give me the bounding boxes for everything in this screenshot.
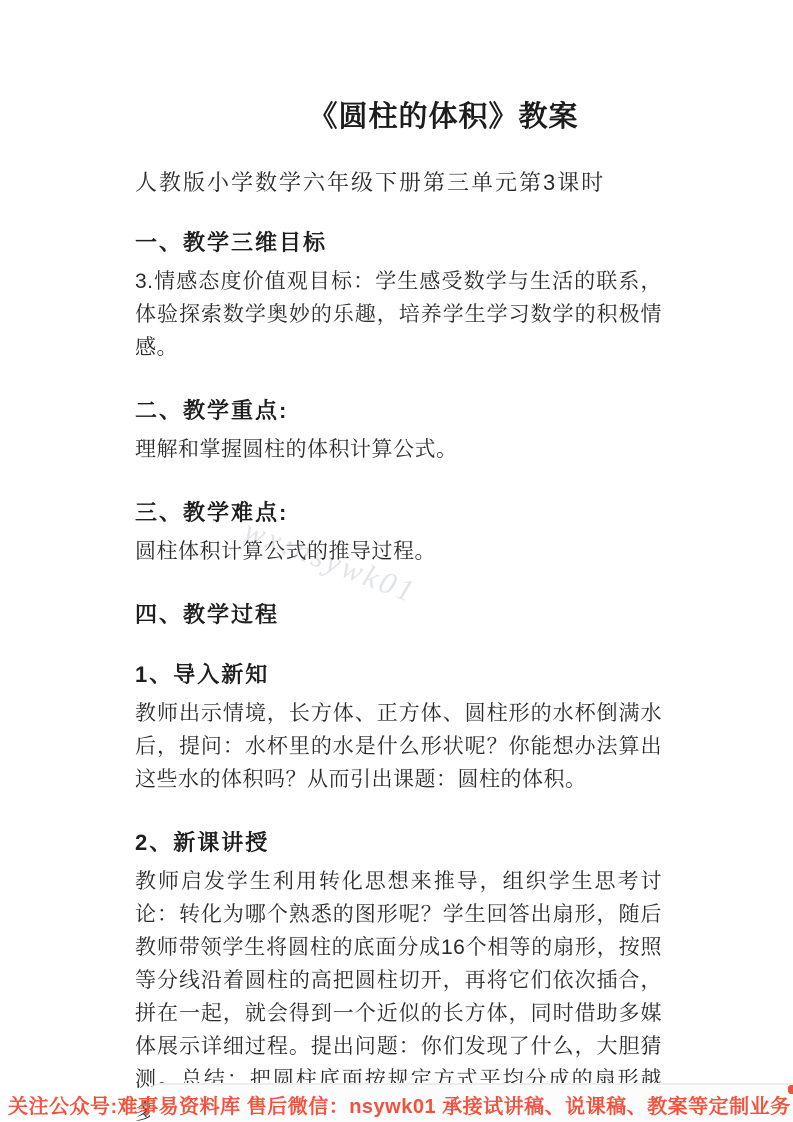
section-heading-objectives: 一、教学三维目标 (135, 230, 662, 256)
section-heading-intro: 1、导入新知 (135, 662, 662, 688)
page-title: 《圆柱的体积》教案 (135, 100, 662, 134)
section-body-intro: 教师出示情境，长方体、正方体、圆柱形的水杯倒满水后，提问：水杯里的水是什么形状呢… (135, 697, 662, 796)
section-key-points: 二、教学重点: 理解和掌握圆柱的体积计算公式。 (135, 398, 662, 466)
section-body-key-points: 理解和掌握圆柱的体积计算公式。 (135, 433, 662, 466)
section-heading-key-points: 二、教学重点: (135, 398, 662, 424)
section-body-objectives: 3.情感态度价值观目标：学生感受数学与生活的联系，体验探索数学奥妙的乐趣，培养学… (135, 265, 662, 364)
section-body-difficult-points: 圆柱体积计算公式的推导过程。 (135, 535, 662, 568)
section-objectives: 一、教学三维目标 3.情感态度价值观目标：学生感受数学与生活的联系，体验探索数学… (135, 230, 662, 364)
section-heading-new-lesson: 2、新课讲授 (135, 830, 662, 856)
section-process: 四、教学过程 (135, 602, 662, 628)
section-difficult-points: 三、教学难点: 圆柱体积计算公式的推导过程。 (135, 500, 662, 568)
section-heading-difficult-points: 三、教学难点: (135, 500, 662, 526)
footer-edge-artifact (788, 1085, 793, 1094)
section-intro-new-knowledge: 1、导入新知 教师出示情境，长方体、正方体、圆柱形的水杯倒满水后，提问：水杯里的… (135, 662, 662, 796)
section-new-lesson: 2、新课讲授 教师启发学生利用转化思想来推导，组织学生思考讨论：转化为哪个熟悉的… (135, 830, 662, 1122)
section-heading-process: 四、教学过程 (135, 602, 662, 628)
footer-promo-text: 关注公众号:难事易资料库 售后微信：nsywk01 承接试讲稿、说课稿、教案等定… (8, 1095, 793, 1119)
doc-subtitle: 人教版小学数学六年级下册第三单元第3课时 (135, 170, 662, 196)
document-content: 《圆柱的体积》教案 人教版小学数学六年级下册第三单元第3课时 一、教学三维目标 … (0, 0, 793, 1122)
document-page: wx:nsywk01 《圆柱的体积》教案 人教版小学数学六年级下册第三单元第3课… (0, 0, 793, 1122)
